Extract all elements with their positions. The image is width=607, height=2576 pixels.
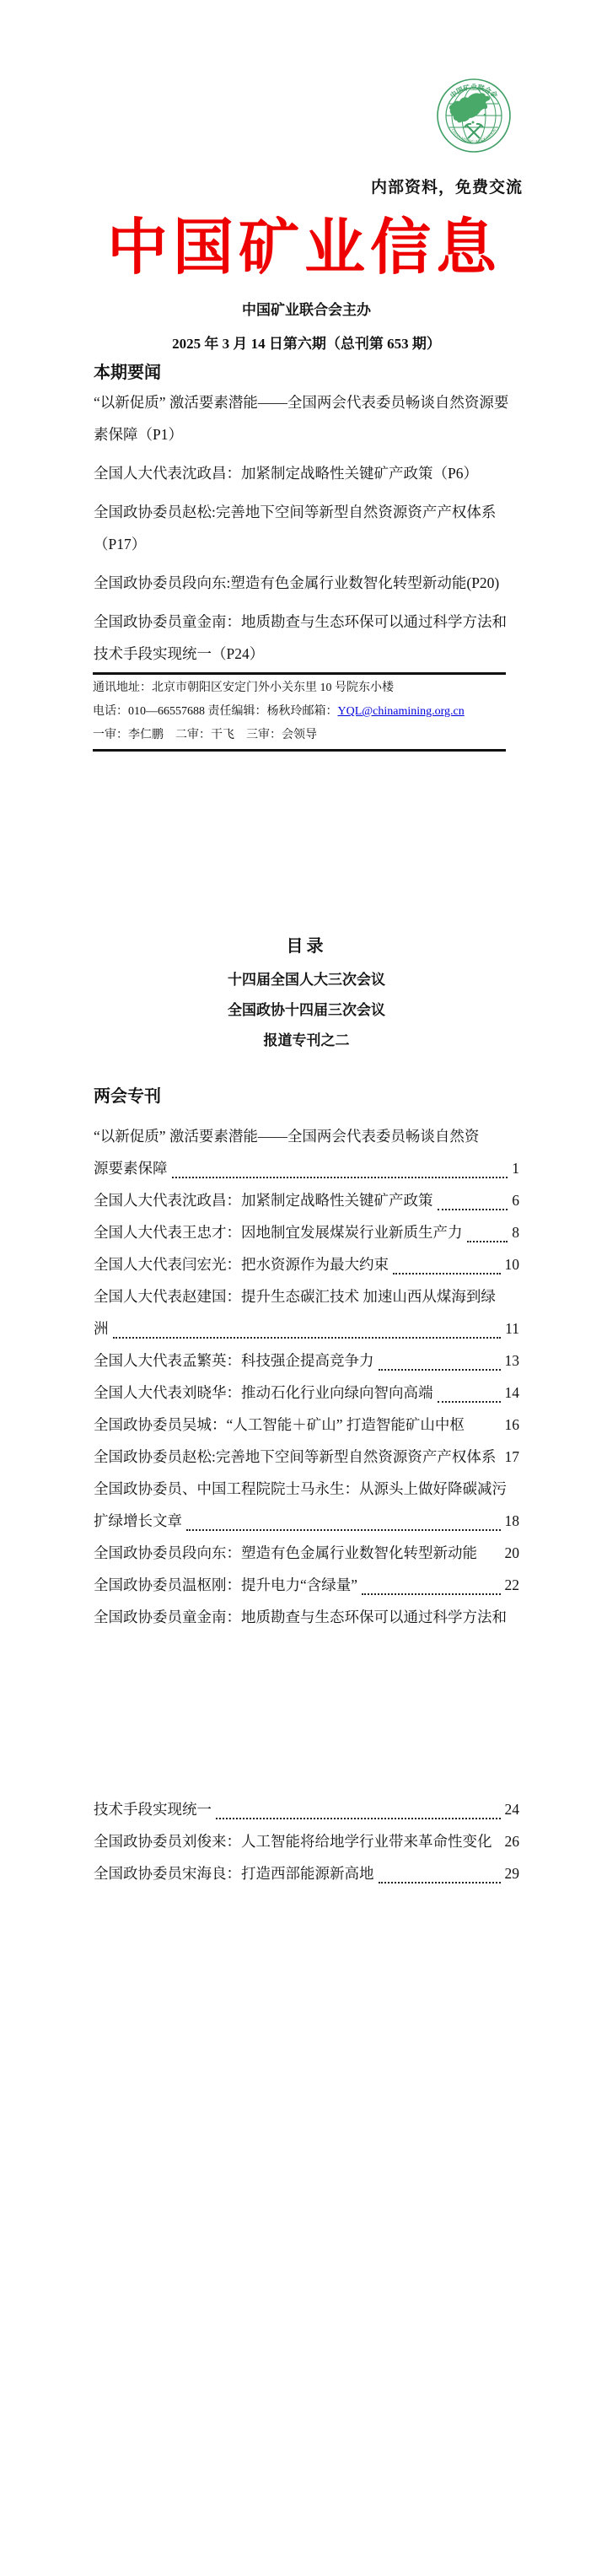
toc-subtitle: 报道专刊之二	[94, 1026, 519, 1056]
toc-subtitle: 全国政协十四届三次会议	[94, 995, 519, 1026]
toc-page-number: 24	[505, 1793, 520, 1825]
contact-phone-editor-line: 电话：010—66557688 责任编辑：杨秋玲邮箱：YQL@chinamini…	[93, 700, 506, 724]
toc-dot-leader	[216, 1818, 501, 1819]
toc-dot-leader	[362, 1593, 500, 1595]
toc-dot-leader	[172, 1177, 508, 1178]
toc-page-number: 13	[505, 1345, 520, 1377]
highlights-heading: 本期要闻	[94, 363, 161, 383]
toc-entry[interactable]: 全国人大代表王忠才：因地制宜发展煤炭行业新质生产力 8	[94, 1216, 519, 1248]
logo-arc-bottom-text: CHINA MINING ASSOCIATION	[450, 127, 497, 143]
toc-entry-label: 全国人大代表沈政昌：加紧制定战略性关键矿产政策	[94, 1184, 433, 1216]
toc-dot-leader	[113, 1337, 502, 1339]
toc-subtitles: 十四届全国人大三次会议 全国政协十四届三次会议 报道专刊之二	[94, 965, 519, 1056]
toc-dot-leader	[438, 1401, 501, 1403]
toc-entry-line: “以新促质” 激活要素潜能——全国两会代表委员畅谈自然资	[94, 1120, 519, 1152]
toc-entry-label: 洲	[94, 1312, 109, 1345]
toc-subtitle: 十四届全国人大三次会议	[94, 965, 519, 995]
toc-page-number: 26	[505, 1825, 520, 1857]
toc-page-number: 6	[512, 1184, 519, 1216]
toc-dot-leader	[379, 1882, 501, 1883]
highlight-item: “以新促质” 激活要素潜能——全国两会代表委员畅谈自然资源要素保障（P1）	[94, 386, 519, 450]
highlight-item: 全国政协委员段向东:塑造有色金属行业数智化转型新动能(P20)	[94, 567, 519, 599]
toc-entry[interactable]: 全国人大代表沈政昌：加紧制定战略性关键矿产政策 6	[94, 1184, 519, 1216]
newsletter-front-page: 中国矿业联合会 CHINA MINING ASSOCIATION 内部资料，免费…	[0, 0, 607, 2576]
toc-list: “以新促质” 激活要素潜能——全国两会代表委员畅谈自然资 源要素保障 1 全国人…	[94, 1120, 519, 1889]
toc-entry[interactable]: 源要素保障 1	[94, 1152, 519, 1184]
highlight-item: 全国人大代表沈政昌：加紧制定战略性关键矿产政策（P6）	[94, 457, 519, 489]
toc-entry-label: 全国人大代表刘晓华：推动石化行业向绿向智向高端	[94, 1377, 433, 1409]
toc-page-number: 22	[505, 1569, 520, 1601]
toc-entry-label: 全国政协委员段向东：塑造有色金属行业数智化转型新动能	[94, 1537, 477, 1569]
toc-entry[interactable]: 全国政协委员段向东：塑造有色金属行业数智化转型新动能 20	[94, 1537, 519, 1569]
toc-entry-line: 全国政协委员、中国工程院院士马永生：从源头上做好降碳减污	[94, 1473, 519, 1505]
toc-dot-leader	[186, 1529, 501, 1531]
highlights-list: “以新促质” 激活要素潜能——全国两会代表委员畅谈自然资源要素保障（P1） 全国…	[94, 386, 519, 676]
page-break-gap	[94, 1633, 519, 1793]
toc-page-number: 11	[505, 1312, 519, 1345]
toc-dot-leader	[379, 1369, 501, 1371]
toc-entry-label: 源要素保障	[94, 1152, 168, 1184]
contact-review-line: 一审：李仁鹏 二审：干飞 三审：会领导	[93, 724, 506, 747]
toc-page-number: 16	[505, 1409, 520, 1441]
toc-page-number: 29	[505, 1857, 520, 1889]
toc-entry[interactable]: 全国人大代表闫宏光：把水资源作为最大约束 10	[94, 1248, 519, 1280]
toc-entry-label: 全国人大代表闫宏光：把水资源作为最大约束	[94, 1248, 389, 1280]
toc-page-number: 8	[512, 1216, 519, 1248]
highlight-item: 全国政协委员赵松:完善地下空间等新型自然资源资产产权体系（P17）	[94, 496, 519, 560]
issue-date-line: 2025 年 3 月 14 日第六期（总刊第 653 期）	[77, 335, 536, 353]
toc-entry[interactable]: 全国政协委员赵松:完善地下空间等新型自然资源资产产权体系 17	[94, 1441, 519, 1473]
toc-title: 目录	[94, 936, 519, 957]
toc-entry[interactable]: 全国政协委员吴城：“人工智能＋矿山” 打造智能矿山中枢 16	[94, 1409, 519, 1441]
contact-block: 通讯地址：北京市朝阳区安定门外小关东里 10 号院东小楼 电话：010—6655…	[93, 672, 506, 752]
toc-entry[interactable]: 全国政协委员温枢刚：提升电力“含绿量” 22	[94, 1569, 519, 1601]
toc-page-number: 20	[505, 1537, 520, 1569]
toc-section-heading: 两会专刊	[94, 1086, 161, 1107]
toc-page-number: 10	[505, 1248, 520, 1280]
crossed-hammers-icon	[465, 124, 483, 138]
toc-dot-leader	[467, 1241, 508, 1242]
editor-email-link[interactable]: YQL@chinamining.org.cn	[338, 705, 465, 718]
toc-page-number: 14	[505, 1377, 520, 1409]
toc-dot-leader	[438, 1209, 508, 1210]
contact-phone-editor-prefix: 电话：010—66557688 责任编辑：杨秋玲邮箱：	[93, 705, 338, 718]
publication-title: 中国矿业信息	[68, 212, 540, 284]
toc-entry-line: 全国政协委员童金南：地质勘查与生态环保可以通过科学方法和	[94, 1601, 519, 1633]
toc-page-number: 17	[505, 1441, 520, 1473]
toc-entry-label: 全国政协委员宋海良：打造西部能源新高地	[94, 1857, 374, 1889]
toc-entry-label: 全国人大代表孟繁英：科技强企提高竞争力	[94, 1345, 374, 1377]
toc-entry-label: 全国政协委员温枢刚：提升电力“含绿量”	[94, 1569, 357, 1601]
toc-entry[interactable]: 全国政协委员宋海良：打造西部能源新高地 29	[94, 1857, 519, 1889]
restricted-notice: 内部资料，免费交流	[371, 175, 523, 197]
toc-entry[interactable]: 全国政协委员刘俊来：人工智能将给地学行业带来革命性变化 26	[94, 1825, 519, 1857]
toc-entry-label: 全国政协委员吴城：“人工智能＋矿山” 打造智能矿山中枢	[94, 1409, 465, 1441]
toc-page-number: 1	[512, 1152, 519, 1184]
toc-entry-line: 全国人大代表赵建国：提升生态碳汇技术 加速山西从煤海到绿	[94, 1280, 519, 1312]
toc-entry-label: 扩绿增长文章	[94, 1505, 182, 1537]
toc-entry-label: 全国政协委员赵松:完善地下空间等新型自然资源资产产权体系	[94, 1441, 496, 1473]
toc-entry[interactable]: 洲 11	[94, 1312, 519, 1345]
cma-logo-emblem: 中国矿业联合会 CHINA MINING ASSOCIATION	[436, 75, 512, 156]
toc-entry[interactable]: 全国人大代表孟繁英：科技强企提高竞争力 13	[94, 1345, 519, 1377]
toc-dot-leader	[393, 1273, 501, 1275]
cma-logo: 中国矿业联合会 CHINA MINING ASSOCIATION	[436, 75, 512, 156]
toc-entry-label: 全国人大代表王忠才：因地制宜发展煤炭行业新质生产力	[94, 1216, 463, 1248]
toc-entry[interactable]: 扩绿增长文章 18	[94, 1505, 519, 1537]
toc-entry[interactable]: 技术手段实现统一 24	[94, 1793, 519, 1825]
toc-entry-label: 全国政协委员刘俊来：人工智能将给地学行业带来革命性变化	[94, 1825, 492, 1857]
contact-address: 通讯地址：北京市朝阳区安定门外小关东里 10 号院东小楼	[93, 676, 506, 700]
toc-entry-label: 技术手段实现统一	[94, 1793, 212, 1825]
toc-page-number: 18	[505, 1505, 520, 1537]
sponsor-line: 中国矿业联合会主办	[94, 301, 519, 320]
toc-entry[interactable]: 全国人大代表刘晓华：推动石化行业向绿向智向高端 14	[94, 1377, 519, 1409]
highlight-item: 全国政协委员童金南：地质勘查与生态环保可以通过科学方法和技术手段实现统一（P24…	[94, 606, 519, 670]
